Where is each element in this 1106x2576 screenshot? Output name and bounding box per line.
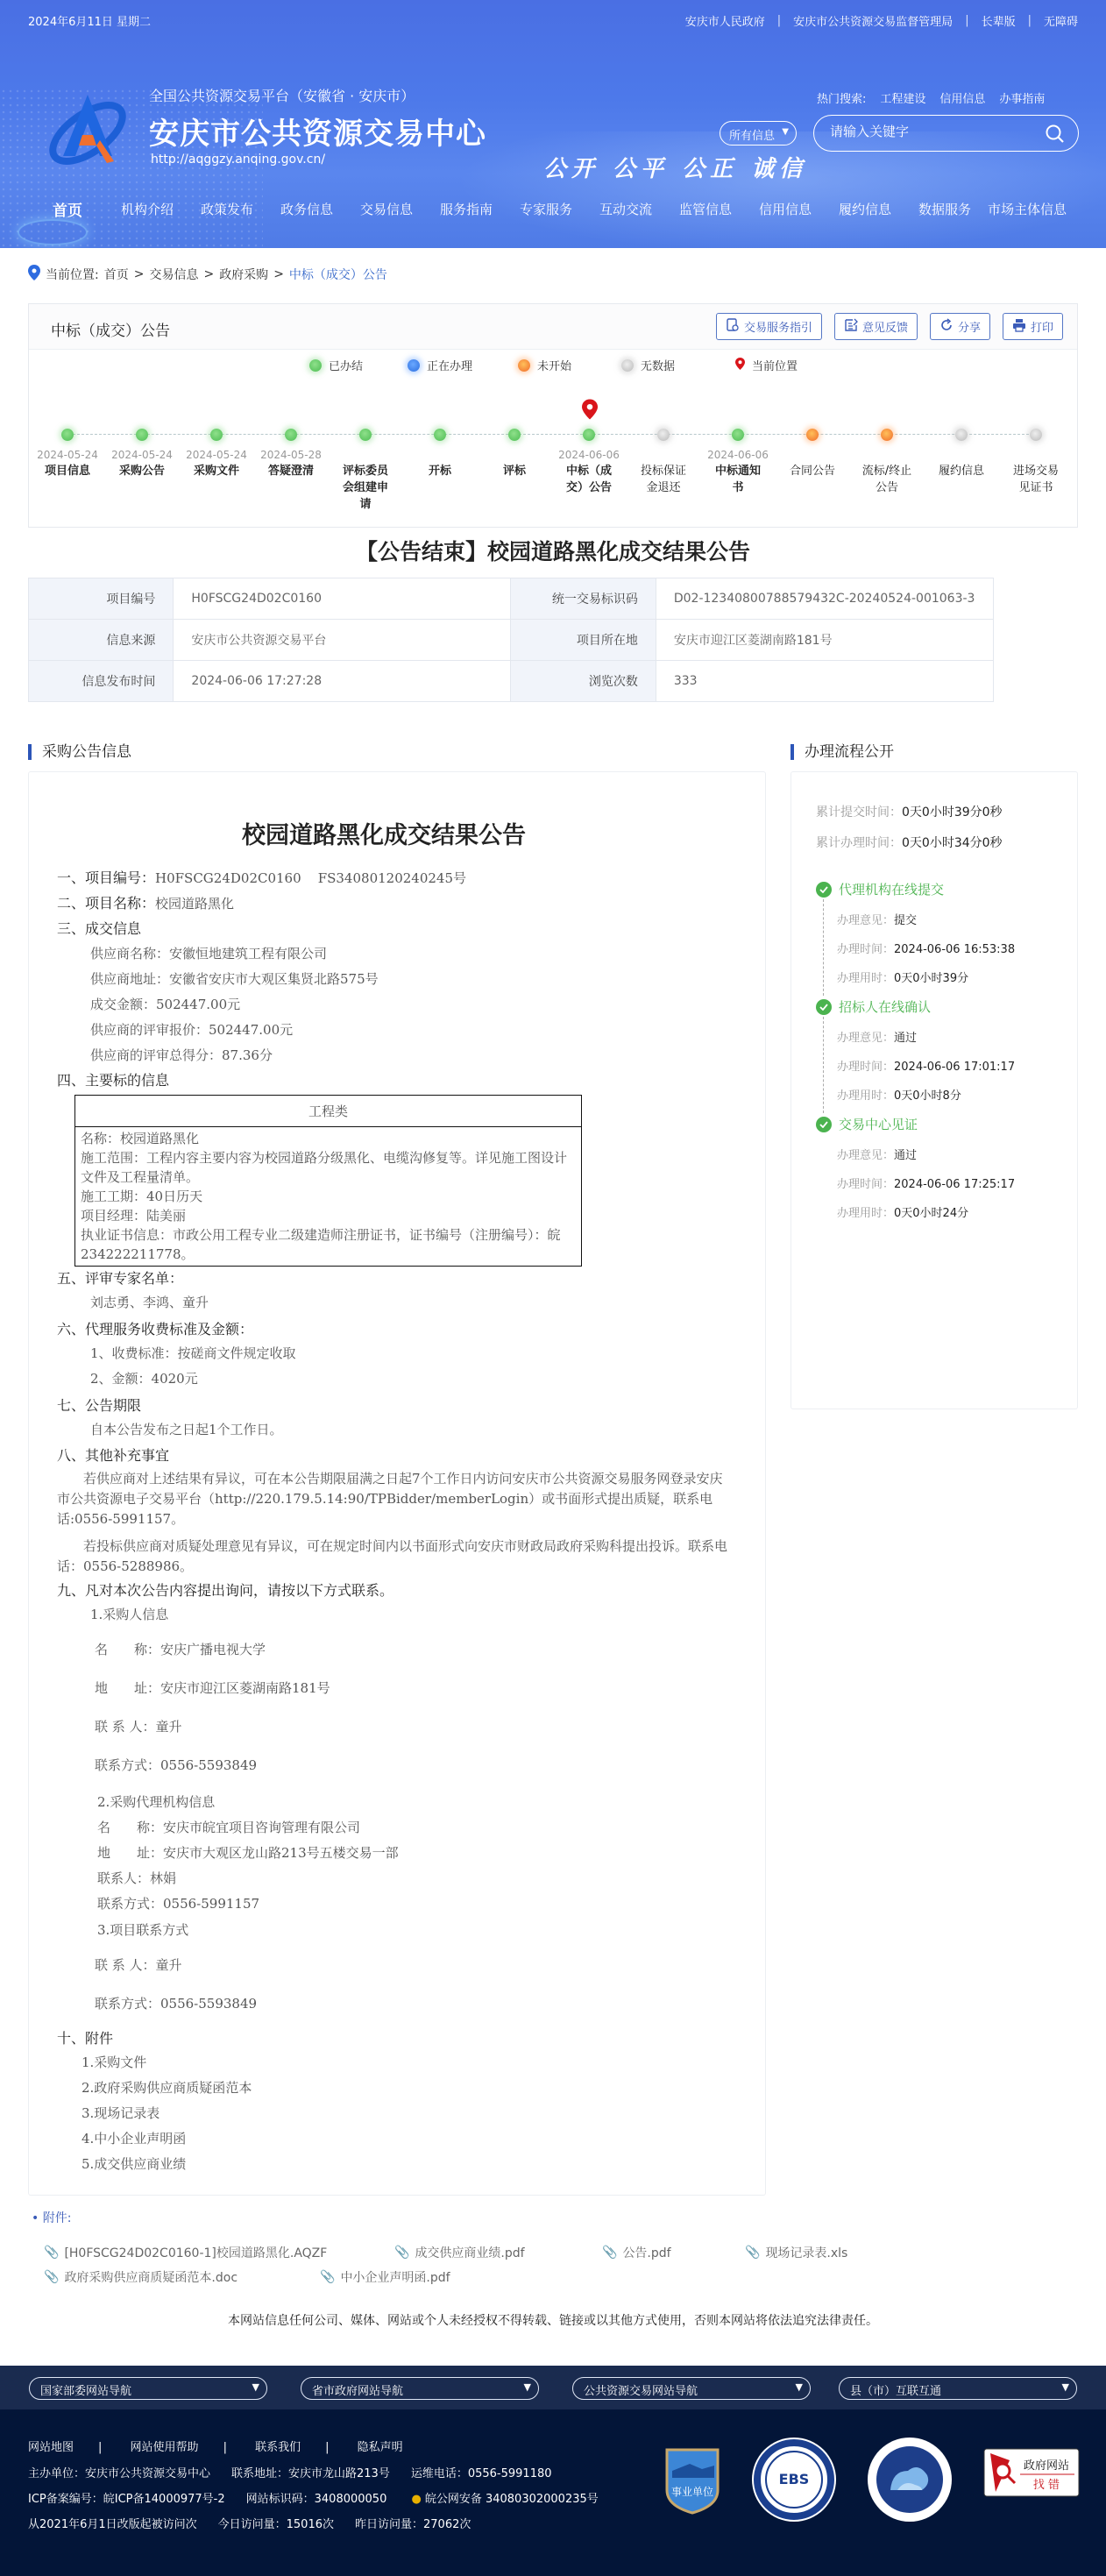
share-button[interactable]: 分享: [930, 313, 990, 340]
step-dot-icon: [732, 429, 744, 441]
paperclip-icon: 📎: [602, 2246, 617, 2260]
step-committee[interactable]: 评标委员会组建申请: [341, 429, 390, 513]
step-procurement-notice[interactable]: 2024-05-24采购公告: [109, 429, 175, 479]
subject-table-head: 工程类: [75, 1096, 582, 1127]
project-info-table: 项目编号 H0FSCG24D02C0160 统一交易标识码 D02-123408…: [28, 578, 994, 702]
attachment-record[interactable]: 📎现场记录表.xls: [745, 2244, 847, 2261]
attachment-performance[interactable]: 📎成交供应商业绩.pdf: [394, 2244, 525, 2261]
legend-in-progress: 正在办理: [408, 357, 472, 373]
ebs-certification-badge-icon[interactable]: EBS: [750, 2436, 838, 2527]
doc-s8: 八、其他补充事宜: [57, 1444, 169, 1465]
review-quote: 供应商的评审报价：502447.00元: [90, 1020, 293, 1039]
site-subtitle: 全国公共资源交易平台（安徽省 · 安庆市）: [149, 85, 415, 105]
value-publish-time: 2024-06-06 17:27:28: [174, 661, 511, 702]
project-contact-heading: 3.项目联系方式: [97, 1920, 188, 1939]
agency-name: 名 称：安庆市皖宜项目咨询管理有限公司: [97, 1818, 360, 1836]
agency-phone: 联系方式：0556-5991157: [97, 1894, 259, 1912]
breadcrumb-current[interactable]: 中标（成交）公告: [289, 266, 387, 283]
value-source: 安庆市公共资源交易平台: [174, 620, 511, 661]
footer-link-help[interactable]: 网站使用帮助: [131, 2441, 199, 2454]
step-contract-notice[interactable]: 合同公告: [779, 429, 846, 479]
site-logo-icon[interactable]: [46, 88, 133, 167]
step-performance-info[interactable]: 履约信息: [928, 429, 995, 479]
check-circle-icon: [816, 1117, 832, 1132]
step-dot-icon: [508, 429, 521, 441]
step-procurement-docs[interactable]: 2024-05-24采购文件: [183, 429, 250, 479]
flow-step-tenderer-confirm: 招标人在线确认 办理意见：通过 办理时间：2024-06-06 17:01:17…: [816, 997, 1070, 1103]
feedback-button[interactable]: 意见反馈: [834, 313, 918, 340]
doc-s1: 一、项目编号：H0FSCG24D02C0160 FS34080120240245…: [57, 867, 466, 887]
check-circle-icon: [816, 999, 832, 1015]
map-pin-icon: [735, 358, 745, 373]
purchaser-heading: 1.采购人信息: [90, 1605, 168, 1623]
footer-link-sitemap[interactable]: 网站地图: [28, 2441, 74, 2454]
legend-current-position: 当前位置: [735, 357, 798, 373]
link-city-government[interactable]: 安庆市人民政府: [685, 12, 765, 29]
site-url: http://aqggzy.anqing.gov.cn/: [151, 153, 325, 167]
agency-heading: 2.采购代理机构信息: [97, 1792, 215, 1811]
footer-visits-line: 从2021年6月1日改版起被访问次今日访问量：15016次昨日访问量：27062…: [28, 2515, 492, 2531]
attachment-objection-template[interactable]: 📎政府采购供应商质疑函范本.doc: [44, 2268, 238, 2286]
subject-info-table: 工程类 名称：校园道路黑化 施工范围：工程内容主要内容为校园道路分级黑化、电缆沟…: [74, 1095, 582, 1267]
nav-performance[interactable]: 履约信息: [839, 200, 891, 218]
trade-guide-button[interactable]: 交易服务指引: [716, 313, 822, 340]
doc-s10: 十、附件: [57, 2027, 113, 2047]
footer-links: 网站地图| 网站使用帮助| 联系我们| 隐私声明: [28, 2438, 403, 2454]
government-site-error-report-button[interactable]: 政府网站找 错: [983, 2448, 1080, 2501]
appendix-4: 4.中小企业声明函: [82, 2129, 186, 2147]
step-deposit-refund[interactable]: 投标保证金退还: [639, 429, 688, 496]
nav-policy[interactable]: 政策发布: [201, 200, 253, 218]
label-views: 浏览次数: [511, 661, 656, 702]
location-pin-icon: [28, 265, 40, 284]
notice-period: 自本公告发布之日起1个工作日。: [90, 1420, 283, 1438]
nav-interaction[interactable]: 互动交流: [599, 200, 652, 218]
top-bar: 2024年6月11日 星期二 安庆市人民政府| 安庆市公共资源交易监督管理局| …: [28, 12, 1078, 28]
step-dot-icon: [806, 429, 819, 441]
appendix-5: 5.成交供应商业绩: [82, 2154, 186, 2173]
step-project-info[interactable]: 2024-05-24项目信息: [34, 429, 101, 479]
purchaser-address: 地 址：安庆市迎江区菱湖南路181号: [95, 1678, 330, 1697]
public-institution-badge-icon[interactable]: 事业单位: [663, 2445, 721, 2518]
step-dot-icon: [881, 429, 893, 441]
step-evaluation[interactable]: 评标: [481, 429, 548, 479]
label-location: 项目所在地: [511, 620, 656, 661]
purchaser-name: 名 称：安庆广播电视大学: [95, 1640, 266, 1658]
breadcrumb-label: 当前位置:: [46, 266, 99, 283]
label-trade-code: 统一交易标识码: [511, 578, 656, 620]
procurement-document: 校园道路黑化成交结果公告 一、项目编号：H0FSCG24D02C0160 FS3…: [28, 771, 766, 2196]
link-supervision-bureau[interactable]: 安庆市公共资源交易监督管理局: [793, 12, 953, 29]
paperclip-icon: 📎: [44, 2246, 59, 2260]
total-handle-time: 累计办理时间：0天0小时34分0秒: [816, 834, 1003, 851]
paperclip-icon: 📎: [745, 2246, 760, 2260]
current-position-pin-icon: [582, 399, 598, 423]
appendix-3: 3.现场记录表: [82, 2104, 160, 2122]
chevron-down-icon: ▼: [782, 127, 789, 137]
doc-s7: 七、公告期限: [57, 1394, 141, 1415]
doc-s2: 二、项目名称：校园道路黑化: [57, 892, 234, 912]
step-dot-icon: [359, 429, 372, 441]
hot-link-guide[interactable]: 办事指南: [999, 89, 1045, 106]
complaint-paragraph: 若投标供应商对质疑处理意见有异议，可在规定时间内以书面形式向安庆市财政局政府采购…: [57, 1536, 732, 1577]
supplier-name: 供应商名称：安徽恒地建筑工程有限公司: [90, 944, 327, 962]
chevron-down-icon: ▼: [252, 2381, 259, 2393]
nav-market-entity[interactable]: 市场主体信息: [988, 200, 1067, 218]
process-section-title: 办理流程公开: [791, 744, 894, 760]
fee-standard: 1、收费标准：按磋商文件规定收取: [90, 1344, 296, 1362]
value-project-no: H0FSCG24D02C0160: [174, 578, 511, 620]
trade-sites-select[interactable]: 公共资源交易网站导航▼: [572, 2377, 811, 2400]
search-icon[interactable]: [1045, 124, 1066, 148]
nav-expert-service[interactable]: 专家服务: [520, 200, 572, 218]
agency-contact: 联系人：林娟: [97, 1869, 176, 1887]
svg-text:事业单位: 事业单位: [671, 2485, 713, 2498]
paperclip-icon: 📎: [44, 2270, 59, 2284]
step-dot-icon: [61, 429, 74, 441]
label-source: 信息来源: [29, 620, 174, 661]
nav-government-info[interactable]: 政务信息: [280, 200, 333, 218]
copyright-notice: 本网站信息任何公司、媒体、网站或个人未经授权不得转载、链接或以其他方式使用，否则…: [0, 2311, 1106, 2329]
footer-link-privacy[interactable]: 隐私声明: [358, 2441, 403, 2454]
printer-icon: [1012, 318, 1026, 336]
slogan: 公开 公平 公正 诚信: [543, 151, 807, 183]
guide-doc-icon: [726, 318, 740, 336]
chevron-down-icon: ▼: [796, 2381, 803, 2393]
project-contact-phone: 联系方式：0556-5593849: [95, 1994, 257, 2012]
chevron-down-icon: ▼: [524, 2381, 531, 2393]
objection-paragraph: 若供应商对上述结果有异议，可在本公告期限届满之日起7个工作日内访问安庆市公共资源…: [57, 1469, 732, 1529]
supplier-address: 供应商地址：安徽省安庆市大观区集贤北路575号: [90, 969, 379, 988]
national-sites-select[interactable]: 国家部委网站导航▼: [29, 2377, 267, 2400]
doc-s9: 九、凡对本次公告内容提出询问，请按以下方式联系。: [57, 1579, 393, 1600]
print-button[interactable]: 打印: [1003, 313, 1063, 340]
hot-link-engineering[interactable]: 工程建设: [880, 89, 925, 106]
footer-nav-bar: 国家部委网站导航▼ 省市政府网站导航▼ 公共资源交易网站导航▼ 县（市）互联互通…: [0, 2366, 1106, 2409]
step-dot-icon: [955, 429, 968, 441]
step-award-notice[interactable]: 2024-06-06中标（成交）公告: [564, 429, 613, 496]
status-dot-icon: [518, 359, 530, 372]
step-dot-icon: [136, 429, 148, 441]
doc-s5: 五、评审专家名单：: [57, 1267, 183, 1288]
agency-address: 地 址：安庆市大观区龙山路213号五楼交易一部: [97, 1843, 399, 1862]
value-location: 安庆市迎江区菱湖南路181号: [656, 620, 993, 661]
county-sites-select[interactable]: 县（市）互联互通▼: [839, 2377, 1077, 2400]
review-score: 供应商的评审总得分：87.36分: [90, 1046, 273, 1064]
step-dot-icon: [1030, 429, 1042, 441]
value-views: 333: [656, 661, 993, 702]
step-bid-opening[interactable]: 开标: [407, 429, 473, 479]
police-badge-icon: ●: [412, 2493, 422, 2506]
process-timeline-card: 累计提交时间：0天0小时39分0秒 累计办理时间：0天0小时34分0秒 代理机构…: [791, 771, 1078, 1409]
expert-list: 刘志勇、李鸿、童升: [90, 1293, 209, 1311]
edit-icon: [844, 318, 858, 336]
process-panel: 中标（成交）公告 交易服务指引 意见反馈 分享 打印 已办结 正在办理 未开始 …: [28, 303, 1078, 528]
nav-credit[interactable]: 信用信息: [759, 200, 812, 218]
flow-step-agency-submit: 代理机构在线提交 办理意见：提交 办理时间：2024-06-06 16:53:3…: [816, 880, 1070, 985]
yangtze-delta-alliance-badge-icon[interactable]: [866, 2436, 954, 2527]
site-footer: 网站地图| 网站使用帮助| 联系我们| 隐私声明 主办单位：安庆市公共资源交易中…: [0, 2409, 1106, 2576]
status-dot-icon: [621, 359, 634, 372]
doc-s4: 四、主要标的信息: [57, 1069, 169, 1089]
attachments-label: • 附件:: [32, 2209, 71, 2226]
value-trade-code: D02-12340800788579432C-20240524-001063-3: [656, 578, 993, 620]
search-scope-value: 所有信息: [729, 130, 775, 143]
status-dot-icon: [408, 359, 420, 372]
project-contact-person: 联 系 人：童升: [95, 1955, 182, 1974]
current-date: 2024年6月11日 星期二: [28, 12, 151, 29]
provincial-sites-select[interactable]: 省市政府网站导航▼: [301, 2377, 539, 2400]
nav-trade-info[interactable]: 交易信息: [360, 200, 413, 218]
footer-host-line: 主办单位：安庆市公共资源交易中心联系地址：安庆市龙山路213号运维电话：0556…: [28, 2464, 573, 2480]
site-header: 2024年6月11日 星期二 安庆市人民政府| 安庆市公共资源交易监督管理局| …: [0, 0, 1106, 248]
appendix-1: 1.采购文件: [82, 2053, 146, 2071]
doc-s6: 六、代理服务收费标准及金额：: [57, 1318, 253, 1338]
label-project-no: 项目编号: [29, 578, 174, 620]
subject-table-body: 名称：校园道路黑化 施工范围：工程内容主要内容为校园道路分级黑化、电缆沟修复等。…: [75, 1127, 582, 1267]
status-dot-icon: [309, 359, 322, 372]
step-witness-certificate[interactable]: 进场交易见证书: [1011, 429, 1060, 496]
legend-no-data: 无数据: [621, 357, 675, 373]
share-icon: [939, 318, 954, 336]
breadcrumb: 当前位置: 首页> 交易信息> 政府采购> 中标（成交）公告: [28, 265, 387, 284]
footer-icp-line: ICP备案编号：皖ICP备14000977号-2网站标识码：3408000050…: [28, 2489, 620, 2506]
breadcrumb-home[interactable]: 首页: [104, 266, 129, 283]
nav-home[interactable]: 首页: [53, 198, 82, 220]
step-dot-icon: [210, 429, 223, 441]
step-termination-notice[interactable]: 流标/终止公告: [861, 429, 913, 496]
link-accessibility[interactable]: 无障碍: [1044, 12, 1078, 29]
announcement-title: 【公告结束】校园道路黑化成交结果公告: [0, 535, 1106, 566]
legend-not-started: 未开始: [518, 357, 571, 373]
doc-s3: 三、成交信息: [57, 918, 141, 938]
step-dot-icon: [657, 429, 670, 441]
deal-amount: 成交金额：502447.00元: [90, 995, 240, 1013]
step-clarification[interactable]: 2024-05-28答疑澄清: [258, 429, 324, 479]
purchaser-phone: 联系方式：0556-5593849: [95, 1756, 257, 1774]
breadcrumb-gov-procurement[interactable]: 政府采购: [219, 266, 268, 283]
process-steps: 2024-05-24项目信息 2024-05-24采购公告 2024-05-24…: [29, 418, 1077, 523]
nav-data-service[interactable]: 数据服务: [918, 200, 971, 218]
search-scope-select[interactable]: 所有信息 ▼: [720, 121, 797, 145]
nav-supervision[interactable]: 监管信息: [679, 200, 732, 218]
step-award-letter[interactable]: 2024-06-06中标通知书: [713, 429, 762, 496]
procurement-section-title: 采购公告信息: [28, 744, 131, 760]
doc-title: 校园道路黑化成交结果公告: [55, 816, 713, 850]
link-elder-version[interactable]: 长辈版: [982, 12, 1016, 29]
search-input[interactable]: [830, 124, 1023, 139]
svg-text:EBS: EBS: [779, 2471, 810, 2487]
paperclip-icon: 📎: [320, 2270, 335, 2284]
step-dot-icon: [434, 429, 446, 441]
footer-link-contact[interactable]: 联系我们: [255, 2441, 301, 2454]
site-title: 安庆市公共资源交易中心: [149, 110, 486, 153]
hot-search: 热门搜索: 工程建设 信用信息 办事指南: [817, 89, 1045, 106]
attachment-notice[interactable]: 📎公告.pdf: [602, 2244, 671, 2261]
nav-service-guide[interactable]: 服务指南: [440, 200, 493, 218]
step-dot-icon: [583, 429, 595, 441]
attachment-sme-declaration[interactable]: 📎中小企业声明函.pdf: [320, 2268, 450, 2286]
paperclip-icon: 📎: [394, 2246, 409, 2260]
hot-link-credit[interactable]: 信用信息: [939, 89, 985, 106]
search-box: [813, 115, 1079, 152]
svg-text:政府网站: 政府网站: [1024, 2459, 1069, 2473]
active-nav-glow: [18, 219, 88, 245]
total-submit-time: 累计提交时间：0天0小时39分0秒: [816, 803, 1003, 820]
svg-text:找 错: 找 错: [1033, 2478, 1060, 2492]
panel-title: 中标（成交）公告: [51, 318, 170, 340]
main-nav: 首页 机构介绍 政策发布 政务信息 交易信息 服务指南 专家服务 互动交流 监管…: [0, 200, 1106, 226]
flow-step-center-witness: 交易中心见证 办理意见：通过 办理时间：2024-06-06 17:25:17 …: [816, 1115, 1070, 1220]
legend-done: 已办结: [309, 357, 363, 373]
hot-search-label: 热门搜索:: [817, 89, 866, 106]
chevron-down-icon: ▼: [1062, 2381, 1069, 2393]
nav-about[interactable]: 机构介绍: [121, 200, 174, 218]
breadcrumb-trade-info[interactable]: 交易信息: [149, 266, 198, 283]
label-publish-time: 信息发布时间: [29, 661, 174, 702]
purchaser-contact: 联 系 人：童升: [95, 1717, 182, 1735]
check-circle-icon: [816, 882, 832, 898]
appendix-2: 2.政府采购供应商质疑函范本: [82, 2078, 252, 2097]
attachment-aqzf[interactable]: 📎[H0FSCG24D02C0160-1]校园道路黑化.AQZF: [44, 2244, 327, 2261]
fee-amount: 2、金额：4020元: [90, 1369, 198, 1387]
step-dot-icon: [285, 429, 297, 441]
